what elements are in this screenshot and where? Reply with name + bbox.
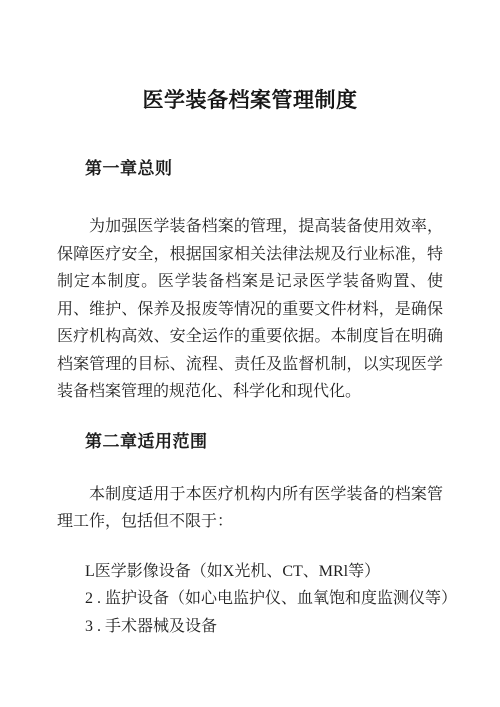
chapter-1-paragraph: 为加强医学装备档案的管理，提高装备使用效率，保障医疗安全，根据国家相关法律法规及…	[57, 213, 443, 406]
chapter-2-paragraph: 本制度适用于本医疗机构内所有医学装备的档案管理工作，包括但不限于：	[57, 481, 443, 536]
list-item: 3 . 手术器械及设备	[85, 613, 443, 641]
document-page: 医学装备档案管理制度 第一章总则 为加强医学装备档案的管理，提高装备使用效率，保…	[0, 0, 500, 707]
list-item: L医学影像设备（如X光机、CT、MRl等）	[85, 558, 443, 586]
chapter-1-heading: 第一章总则	[57, 159, 443, 179]
equipment-list: L医学影像设备（如X光机、CT、MRl等） 2 . 监护设备（如心电监护仪、血氧…	[57, 558, 443, 641]
document-title: 医学装备档案管理制度	[57, 88, 443, 114]
list-item: 2 . 监护设备（如心电监护仪、血氧饱和度监测仪等）	[85, 585, 443, 613]
chapter-2-heading: 第二章适用范围	[57, 432, 443, 452]
